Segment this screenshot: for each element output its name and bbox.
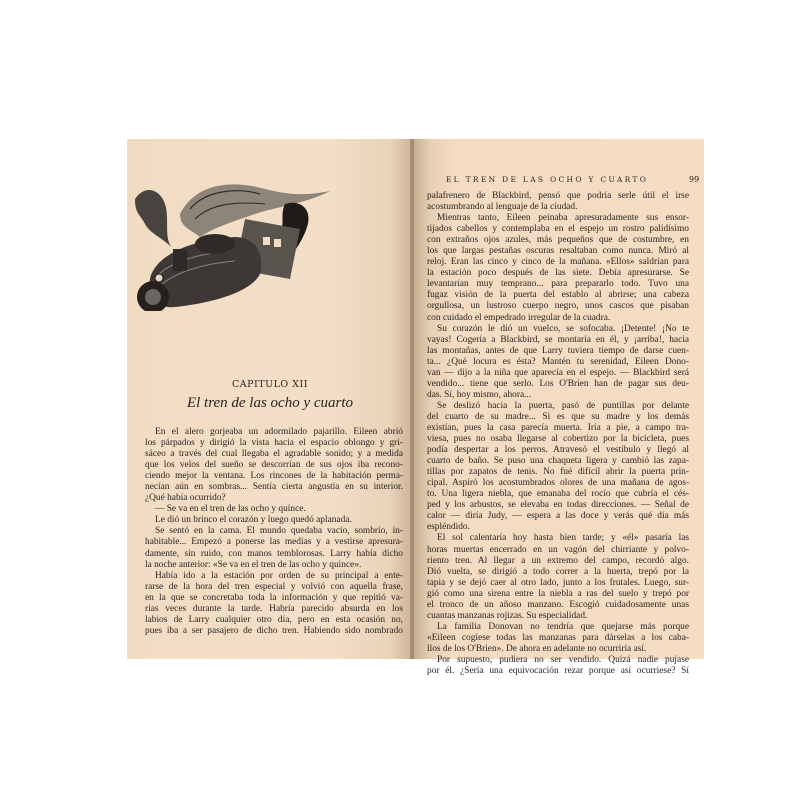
- text-line: levantarían muy temprano... para prepara…: [427, 279, 689, 290]
- text-line: labios de Larry cualquier otro día, pero…: [145, 615, 403, 626]
- page-number: 99: [689, 175, 699, 184]
- chapter-title: El tren de las ocho y cuarto: [127, 395, 413, 412]
- text-line: orgullosa, un lustroso cuerpo negro, uno…: [427, 301, 689, 312]
- text-line: tillas por zapatos de tenis. No fué difí…: [427, 467, 689, 478]
- running-head: EL TREN DE LAS OCHO Y CUARTO: [427, 175, 667, 184]
- text-line: Le dió un brinco el corazón y luego qued…: [145, 515, 403, 526]
- text-line: das. Sí, hoy mismo, ahora...: [427, 390, 689, 401]
- text-line: van — dijo a la niña que aparecía en el …: [427, 368, 689, 379]
- text-line: viesa, pues no osaba llegarse al coberti…: [427, 434, 689, 445]
- text-line: rarse de la hora del tren especial y vol…: [145, 582, 403, 593]
- text-line: vayas! Cogería a Blackbird, se montaría …: [427, 335, 689, 346]
- right-page-body: palafrenero de Blackbird, pensó que podr…: [427, 191, 689, 677]
- text-line: to. Una ligera niebla, que emanaba del r…: [427, 489, 689, 500]
- text-line: que los velos del sueño se descorrían de…: [145, 460, 403, 471]
- text-line: fugaz visión de la puerta del establo al…: [427, 290, 689, 301]
- text-line: los que largas pestañas oscuras resaltab…: [427, 246, 689, 257]
- text-line: gió como una sirena entre la niebla a ra…: [427, 589, 689, 600]
- text-line: Su corazón le dió un vuelco, se sofocaba…: [427, 324, 689, 335]
- text-line: damente, sin ruido, con manos temblorosa…: [145, 549, 403, 560]
- text-line: Dió vuelta, se dirigió a todo correr a l…: [427, 567, 689, 578]
- text-line: el tronco de un añoso manzano. Escogió c…: [427, 600, 689, 611]
- text-line: por él. ¿Sería una equivocación rezar po…: [427, 666, 689, 677]
- text-line: Mientras tanto, Eileen peinaba apresurad…: [427, 213, 689, 224]
- text-line: Había ido a la estación por orden de su …: [145, 571, 403, 582]
- open-book: CAPITULO XII El tren de las ocho y cuart…: [127, 139, 704, 659]
- text-line: la noche anterior: «Se va en el tren de …: [145, 560, 403, 571]
- text-line: En el alero gorjeaba un adormilado pajar…: [145, 427, 403, 438]
- text-line: Por supuesto, pudiera no ser vendido. Qu…: [427, 655, 689, 666]
- text-line: llos de los O'Brien». De ahora en adelan…: [427, 644, 689, 655]
- text-line: sáceo a través del cual llegaba el agrad…: [145, 449, 403, 460]
- text-line: las montañas, antes de que Larry tuviera…: [427, 346, 689, 357]
- text-line: — Se va en el tren de las ocho y quince.: [145, 504, 403, 515]
- text-line: calor — diría Judy, — espera a las doce …: [427, 511, 689, 522]
- text-line: con cuidado el empedrado irregular de la…: [427, 313, 689, 324]
- text-line: en la que se concretaba toda la informac…: [145, 593, 403, 604]
- text-line: del cuarto de su madre... Si es que su m…: [427, 412, 689, 423]
- text-line: rias veces durante la tarde. Habría pare…: [145, 604, 403, 615]
- text-line: Se deslizó hacia la puerta, pasó de punt…: [427, 401, 689, 412]
- steam-locomotive-illustration: [135, 179, 335, 311]
- text-line: «Eileen cogiese todas las manzanas para …: [427, 633, 689, 644]
- text-line: ped y los arbustos, se elevaba en todas …: [427, 500, 689, 511]
- text-line: Se sentó en la cama. El mundo quedaba va…: [145, 526, 403, 537]
- chapter-number: CAPITULO XII: [127, 379, 413, 390]
- text-line: ¿Qué había ocurrido?: [145, 493, 403, 504]
- text-line: podía despertar a los perros. Atravesó e…: [427, 445, 689, 456]
- text-line: reloj. Eran las cinco y cinco de la maña…: [427, 257, 689, 268]
- text-line: los párpados y dirigió la vista hacia el…: [145, 438, 403, 449]
- text-line: horas muertas encerrado en un vagón del …: [427, 545, 689, 556]
- text-line: vendido... tiene que serlo. Los O'Brien …: [427, 379, 689, 390]
- text-line: con extraños ojos azules, más pequeños q…: [427, 235, 689, 246]
- text-line: pues iba a ser pasajero de dicho tren. H…: [145, 626, 403, 637]
- book-gutter: [410, 139, 414, 659]
- text-line: necían aún en sombras... Sentía cierta a…: [145, 482, 403, 493]
- text-line: tijados cabellos y contemplaba en el esp…: [427, 224, 689, 235]
- text-line: habitable... Empezó a ponerse las medias…: [145, 537, 403, 548]
- text-line: El sol calentaría hoy hasta bien tarde; …: [427, 533, 689, 544]
- text-line: cuarto de baño. Se puso una chaqueta lig…: [427, 456, 689, 467]
- text-line: La familia Donovan no tendría que quejar…: [427, 622, 689, 633]
- right-page: EL TREN DE LAS OCHO Y CUARTO 99 palafren…: [413, 139, 704, 659]
- left-page: CAPITULO XII El tren de las ocho y cuart…: [127, 139, 413, 659]
- text-line: tapia y se dejó caer al otro lado, junto…: [427, 578, 689, 589]
- left-page-body: En el alero gorjeaba un adormilado pajar…: [145, 427, 403, 637]
- text-line: existían, pues la casa parecía muerta. I…: [427, 423, 689, 434]
- text-line: palafrenero de Blackbird, pensó que podr…: [427, 191, 689, 202]
- text-line: cuantas manzanas rojizas. Su especialida…: [427, 611, 689, 622]
- text-line: cipal. Aspiró los acostumbrados olores d…: [427, 478, 689, 489]
- text-line: riento tren. Al llegar a un extremo del …: [427, 556, 689, 567]
- text-line: la estación poco después de las siete. D…: [427, 268, 689, 279]
- text-line: ciendo mejor la ventana. Los rincones de…: [145, 471, 403, 482]
- text-line: espléndido.: [427, 522, 689, 533]
- text-line: acostumbrando al lenguaje de la ciudad.: [427, 202, 689, 213]
- text-line: ta... ¿Qué locura es ésta? Mantén tu ser…: [427, 357, 689, 368]
